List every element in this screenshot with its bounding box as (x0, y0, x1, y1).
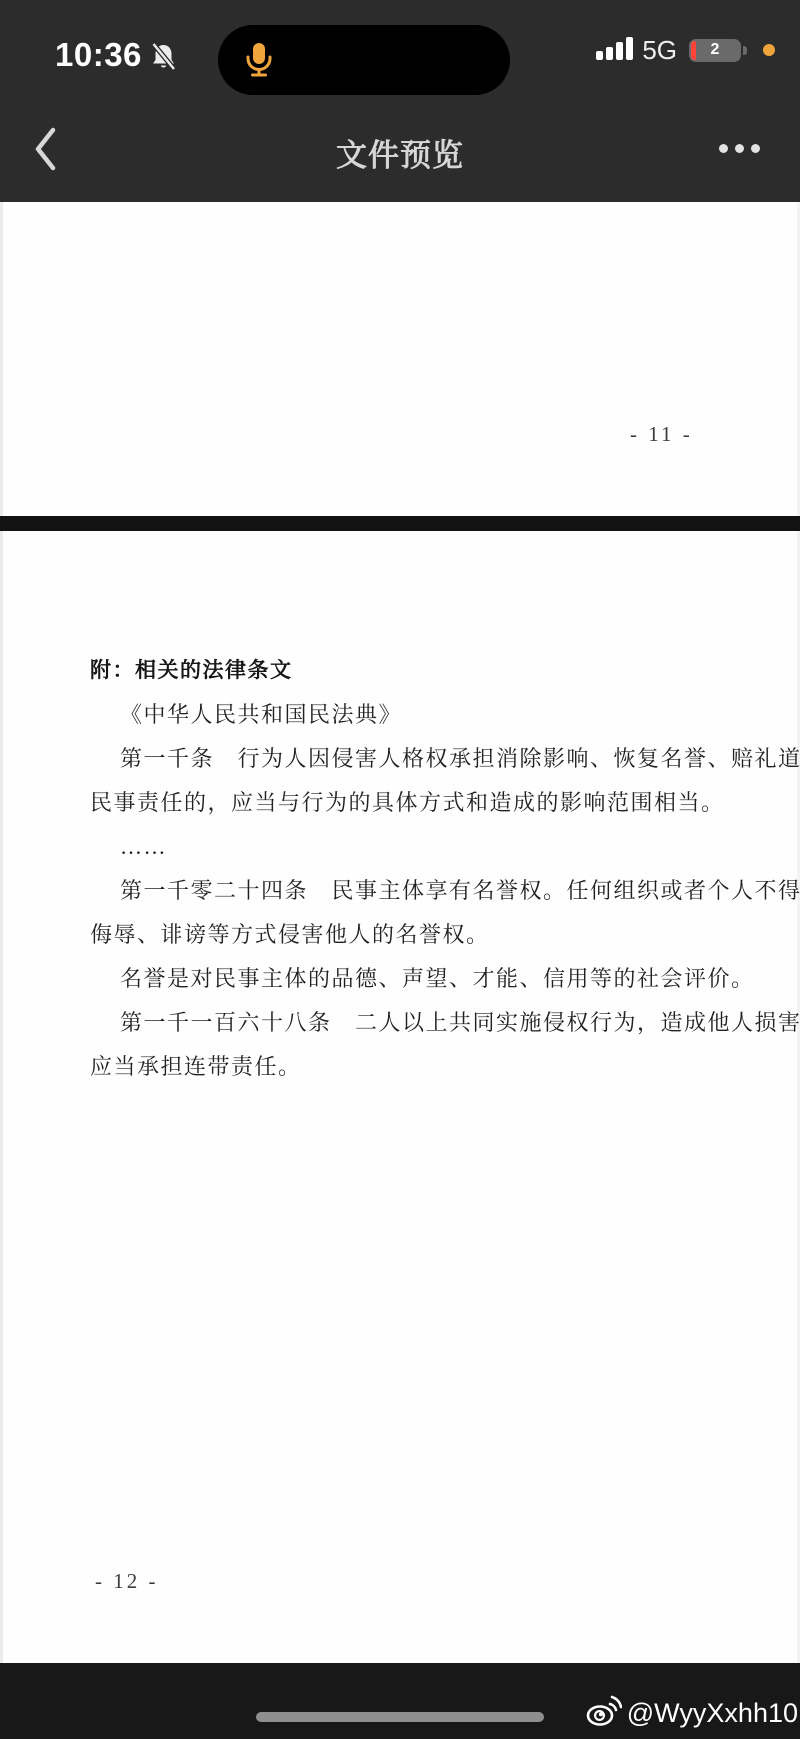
document-page-12: 附：相关的法律条文 《中华人民共和国民法典》 第一千条 行为人因侵害人格权承担消… (0, 531, 800, 1663)
status-bar: 10:36 (0, 0, 800, 100)
battery-percent: 2 (711, 41, 720, 59)
ellipsis-icon (735, 144, 744, 153)
page-number-11: - 11 - (630, 422, 693, 447)
document-text-block: 附：相关的法律条文 《中华人民共和国民法典》 第一千条 行为人因侵害人格权承担消… (90, 649, 716, 1089)
doc-line: 应当承担连带责任。 (90, 1045, 716, 1089)
battery-fill (691, 41, 696, 60)
phone-screen: 10:36 (0, 0, 800, 1739)
doc-line: …… (90, 825, 716, 869)
bottom-bar: @WyyXxhh10 (0, 1663, 800, 1739)
doc-line: 名誉是对民事主体的品德、声望、才能、信用等的社会评价。 (90, 957, 716, 1001)
doc-line: 《中华人民共和国民法典》 (90, 693, 716, 737)
doc-line: 第一千一百六十八条 二人以上共同实施侵权行为，造成他人损害的， (90, 1001, 716, 1045)
microphone-icon (244, 42, 274, 83)
page-title: 文件预览 (0, 130, 800, 175)
more-options-button[interactable] (715, 134, 764, 163)
weibo-logo-icon (586, 1694, 622, 1733)
bell-slash-icon (150, 42, 177, 77)
dynamic-island[interactable] (218, 25, 510, 95)
ellipsis-icon (751, 144, 760, 153)
doc-line: 第一千条 行为人因侵害人格权承担消除影响、恢复名誉、赔礼道歉等 (90, 737, 716, 781)
battery-indicator: 2 (689, 39, 741, 62)
home-indicator[interactable] (256, 1712, 544, 1722)
cellular-signal-icon (596, 36, 634, 65)
clock: 10:36 (55, 36, 142, 74)
network-type-label: 5G (642, 35, 677, 66)
doc-line: 民事责任的，应当与行为的具体方式和造成的影响范围相当。 (90, 781, 716, 825)
doc-heading: 附：相关的法律条文 (90, 649, 716, 693)
ellipsis-icon (719, 144, 728, 153)
watermark: @WyyXxhh10 (586, 1694, 798, 1733)
page-number-12: - 12 - (95, 1569, 159, 1594)
page-break-divider (0, 516, 800, 531)
document-viewer[interactable]: - 11 - 附：相关的法律条文 《中华人民共和国民法典》 第一千条 行为人因侵… (0, 202, 800, 1663)
doc-line: 侮辱、诽谤等方式侵害他人的名誉权。 (90, 913, 716, 957)
doc-line: 第一千零二十四条 民事主体享有名誉权。任何组织或者个人不得以 (90, 869, 716, 913)
status-right-cluster: 5G 2 (596, 0, 775, 100)
document-page-11: - 11 - (0, 202, 800, 516)
nav-bar: 文件预览 (0, 100, 800, 202)
recording-dot (763, 44, 775, 56)
watermark-handle: @WyyXxhh10 (627, 1698, 798, 1729)
